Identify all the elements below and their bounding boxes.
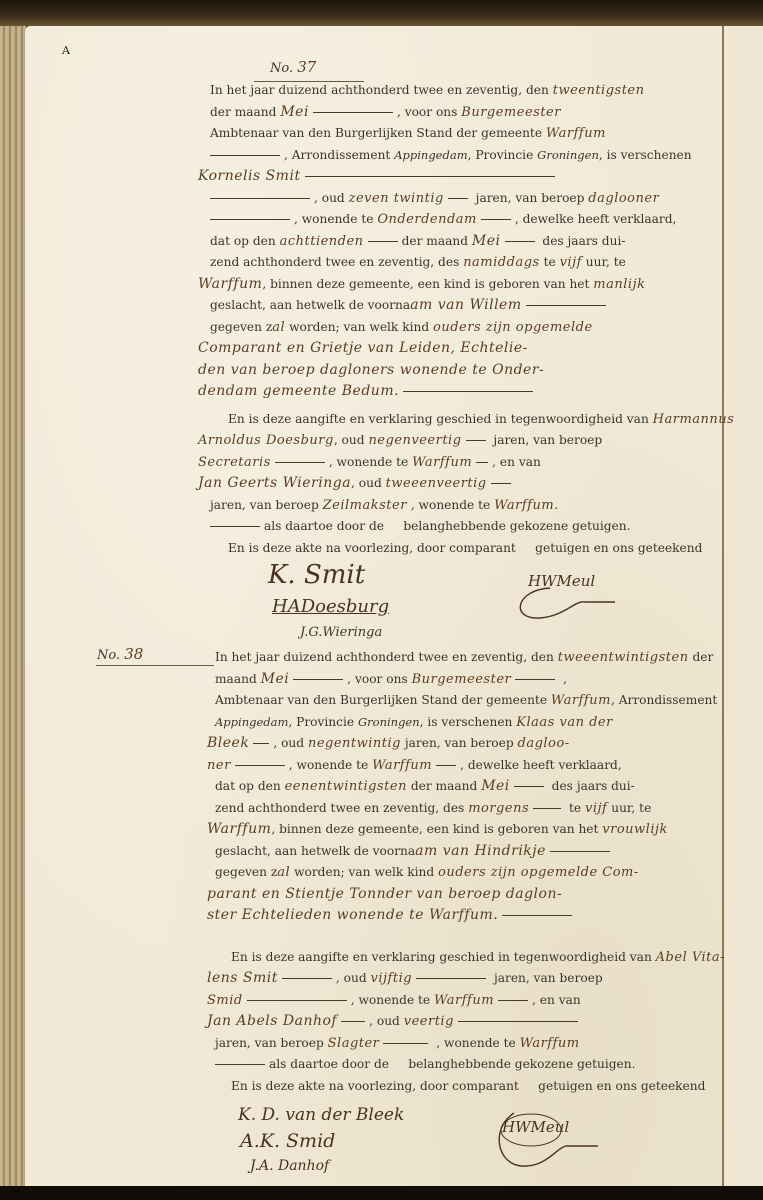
handwritten-field: Burgemeester xyxy=(412,672,512,687)
handwritten-field: Zeilmakster xyxy=(323,498,407,513)
entry-line: Kornelis Smit xyxy=(198,166,710,188)
printed-text: , binnen deze gemeente, een kind is gebo… xyxy=(271,822,598,836)
printed-text: , dewelke heeft verklaard, xyxy=(460,758,622,772)
fill-line xyxy=(476,462,488,463)
handwritten-field: ouders zijn opgemelde xyxy=(433,320,593,335)
printed-text: , en van xyxy=(492,455,541,469)
printed-text: uur, te xyxy=(611,801,651,815)
printed-text: der xyxy=(692,650,713,664)
book-bottom-edge xyxy=(0,1186,763,1200)
handwritten-field: Warffum xyxy=(520,1036,580,1051)
entry-line: ster Echtelieden wonende te Warffum. xyxy=(207,905,715,927)
page-stack-edge xyxy=(0,26,26,1186)
handwritten-field: daglooner xyxy=(588,191,659,206)
printed-text: uur, te xyxy=(586,255,626,269)
printed-text: te xyxy=(544,255,556,269)
signature-wieringa: J.G.Wieringa xyxy=(300,625,382,640)
witness-line: als daartoe door de belanghebbende gekoz… xyxy=(210,516,710,538)
entry-line: dat op den achttiendender maand Mei des … xyxy=(210,231,710,253)
printed-text: , en van xyxy=(532,993,581,1007)
printed-italic-text: Groningen xyxy=(537,148,599,162)
handwritten-field: Secretaris xyxy=(198,455,271,470)
printed-text: worden; van welk kind xyxy=(294,865,434,879)
printed-text: In het jaar duizend achthonderd twee en … xyxy=(215,650,554,664)
fill-line xyxy=(403,391,533,392)
printed-text: zend achthonderd twee en zeventig, des xyxy=(215,801,464,815)
entry-line: ner, wonende te Warffum, dewelke heeft v… xyxy=(207,755,715,777)
handwritten-field: ster Echtelieden wonende te Warffum. xyxy=(207,907,498,923)
fill-line xyxy=(481,219,511,220)
entry-number-rule xyxy=(96,665,214,666)
fill-line xyxy=(550,851,610,852)
printed-text: , oud xyxy=(314,191,345,205)
entry-line: geslacht, aan hetwelk de voornaam van Wi… xyxy=(210,295,710,317)
entry-line: dendam gemeente Bedum. xyxy=(198,381,710,403)
handwritten-field: negentwintig xyxy=(308,736,401,751)
printed-text: Ambtenaar van den Burgerlijken Stand der… xyxy=(215,693,547,707)
handwritten-field: dendam gemeente Bedum. xyxy=(198,383,399,399)
fill-line xyxy=(210,526,260,527)
handwritten-field: Arnoldus Doesburg xyxy=(198,433,334,448)
handwritten-field: Klaas van der xyxy=(516,715,613,730)
entry-line: dat op den eenentwintigsten der maand Me… xyxy=(215,776,715,798)
witness-line: Secretaris, wonende te Warffum, en van xyxy=(198,452,710,474)
printed-text: jaren, van beroep xyxy=(405,736,514,750)
printed-text: , wonende te xyxy=(436,1036,515,1050)
signature-flourish-icon xyxy=(486,1108,606,1178)
printed-text: , voor ons xyxy=(347,672,407,686)
handwritten-field: Smid xyxy=(207,993,243,1008)
entry-number-value: 37 xyxy=(297,58,316,76)
fill-line xyxy=(515,679,555,680)
entry-line: gegeven zal worden; van welk kind ouders… xyxy=(215,862,715,884)
entry-line: Bleek, oud negentwintig jaren, van beroe… xyxy=(207,733,715,755)
printed-text: , Provincie xyxy=(468,148,534,162)
handwritten-field: ouders zijn opgemelde Com- xyxy=(438,865,639,880)
printed-text: En is deze aangifte en verklaring geschi… xyxy=(231,950,652,964)
signature-van-der-bleek: K. D. van der Bleek xyxy=(238,1105,404,1125)
handwritten-field: Mei xyxy=(472,233,501,249)
entry-number-label: No. xyxy=(270,61,293,76)
entry-number-37: No. 37 xyxy=(270,58,316,76)
fill-line xyxy=(533,808,561,809)
printed-text: maand xyxy=(215,672,257,686)
entry-line: gegeven zal worden; van welk kind ouders… xyxy=(210,317,710,339)
printed-text: jaren, van beroep xyxy=(493,433,602,447)
handwritten-field: Kornelis Smit xyxy=(198,168,301,184)
entry-line: Ambtenaar van den Burgerlijken Stand der… xyxy=(215,690,715,712)
printed-text: , wonende te xyxy=(411,498,490,512)
book-top-edge xyxy=(0,0,763,26)
fill-line xyxy=(275,462,325,463)
printed-italic-text: Appingedam xyxy=(215,715,288,729)
printed-text: dat op den xyxy=(215,779,281,793)
printed-text: , Arrondissement xyxy=(611,693,717,707)
fill-line xyxy=(305,176,555,177)
printed-text: , oud xyxy=(336,971,367,985)
entry-line: zend achthonderd twee en zeventig, des n… xyxy=(210,252,710,274)
entry-line: geslacht, aan hetwelk de voornaam van Hi… xyxy=(215,841,715,863)
printed-text: , dewelke heeft verklaard, xyxy=(515,212,677,226)
fill-line xyxy=(383,1043,428,1044)
fill-line xyxy=(210,155,280,156)
fill-line xyxy=(253,743,269,744)
handwritten-field: manlijk xyxy=(593,277,645,292)
witness-line: als daartoe door de belanghebbende gekoz… xyxy=(215,1054,715,1076)
handwritten-field: negenveertig xyxy=(368,433,461,448)
entry-line: Warffum, binnen deze gemeente, een kind … xyxy=(207,819,715,841)
printed-text: , Provincie xyxy=(288,715,354,729)
printed-text: gegeven z xyxy=(215,865,277,879)
printed-text: der maand xyxy=(210,105,276,119)
witness-line: Jan Abels Danhof, oud veertig xyxy=(207,1011,715,1033)
fill-line xyxy=(458,1021,578,1022)
fill-line xyxy=(215,1064,265,1065)
handwritten-field: Comparant en Grietje van Leiden, Echteli… xyxy=(198,340,528,356)
printed-text: , wonende te xyxy=(289,758,368,772)
fill-line xyxy=(210,198,310,199)
fill-line xyxy=(502,915,572,916)
printed-text: des jaars dui- xyxy=(552,779,635,793)
fill-line xyxy=(247,1000,347,1001)
handwritten-field: al xyxy=(277,865,290,880)
handwritten-field: vijf xyxy=(585,801,607,816)
witness-line: Smid, wonende te Warffum, en van xyxy=(207,990,715,1012)
handwritten-field: eenentwintigsten xyxy=(285,779,407,794)
printed-text: En is deze akte na voorlezing, door comp… xyxy=(228,541,702,555)
printed-text: , oud xyxy=(369,1014,400,1028)
witness-line: En is deze akte na voorlezing, door comp… xyxy=(228,538,710,560)
printed-text: als daartoe door de belanghebbende gekoz… xyxy=(264,519,630,533)
entry-line: Warffum, binnen deze gemeente, een kind … xyxy=(198,274,710,296)
printed-text: geslacht, aan hetwelk de voorna xyxy=(210,298,410,312)
handwritten-field: am van Hindrikje xyxy=(415,843,546,859)
printed-text: zend achthonderd twee en zeventig, des xyxy=(210,255,459,269)
fill-line xyxy=(526,305,606,306)
printed-italic-text: Groningen xyxy=(358,715,420,729)
printed-text: , wonende te xyxy=(351,993,430,1007)
entry-line: parant en Stientje Tonnder van beroep da… xyxy=(207,884,715,906)
entry-line: Appingedam, Provincie Groningen, is vers… xyxy=(215,712,715,734)
handwritten-field: dagloo- xyxy=(518,736,570,751)
witness-line: En is deze aangifte en verklaring geschi… xyxy=(231,947,715,969)
printed-text: jaren, van beroep xyxy=(476,191,585,205)
witness-line: jaren, van beroep Slagter , wonende te W… xyxy=(215,1033,715,1055)
printed-text: , oud xyxy=(334,433,365,447)
handwritten-field: al xyxy=(272,320,285,335)
handwritten-field: den van beroep dagloners wonende te Onde… xyxy=(198,362,544,378)
signature-k-smit: K. Smit xyxy=(268,560,365,590)
printed-text: der maand xyxy=(411,779,477,793)
witness-line: Jan Geerts Wieringa, oud tweeenveertig xyxy=(198,473,710,495)
fill-line xyxy=(293,679,343,680)
printed-text: En is deze akte na voorlezing, door comp… xyxy=(231,1079,705,1093)
handwritten-field: Warffum xyxy=(207,821,271,837)
handwritten-field: Harmannus xyxy=(653,412,735,427)
fill-line xyxy=(313,112,393,113)
entry-line: zend achthonderd twee en zeventig, des m… xyxy=(215,798,715,820)
fill-line xyxy=(448,198,468,199)
witness-line: lens Smit, oud vijftig jaren, van beroep xyxy=(207,968,715,990)
handwritten-field: Mei xyxy=(261,671,290,687)
handwritten-field: morgens xyxy=(468,801,529,816)
printed-text: jaren, van beroep xyxy=(215,1036,324,1050)
handwritten-field: Jan Abels Danhof xyxy=(207,1013,337,1029)
handwritten-field: Mei xyxy=(481,778,510,794)
entry-line: In het jaar duizend achthonderd twee en … xyxy=(215,647,715,669)
handwritten-field: Warffum xyxy=(372,758,432,773)
entry-number-38: No. 38 xyxy=(97,645,143,663)
printed-text: des jaars dui- xyxy=(542,234,625,248)
adjacent-page-edge xyxy=(724,26,763,1186)
handwritten-field: tweentigsten xyxy=(553,83,645,98)
handwritten-field: namiddags xyxy=(463,255,540,270)
printed-text: Ambtenaar van den Burgerlijken Stand der… xyxy=(210,126,542,140)
fill-line xyxy=(491,483,511,484)
signature-doesburg: HADoesburg xyxy=(272,596,389,617)
handwritten-field: vrouwlijk xyxy=(602,822,668,837)
fill-line xyxy=(466,440,486,441)
entry-number-label: No. xyxy=(97,648,120,663)
handwritten-field: am van Willem xyxy=(410,297,521,313)
handwritten-field: Jan Geerts Wieringa xyxy=(198,475,351,491)
handwritten-field: achttienden xyxy=(280,234,364,249)
handwritten-field: Warffum xyxy=(434,993,494,1008)
printed-text: , wonende te xyxy=(329,455,408,469)
entry-37-body: In het jaar duizend achthonderd twee en … xyxy=(210,80,710,559)
signature-danhof: J.A. Danhof xyxy=(250,1158,329,1174)
printed-text: In het jaar duizend achthonderd twee en … xyxy=(210,83,549,97)
handwritten-field: Mei xyxy=(280,104,309,120)
handwritten-field: vijftig xyxy=(371,971,413,986)
signature-flourish-icon xyxy=(505,580,625,625)
handwritten-field: vijf xyxy=(560,255,582,270)
fill-line xyxy=(436,765,456,766)
handwritten-field: Warffum xyxy=(412,455,472,470)
fill-line xyxy=(505,241,535,242)
fill-line xyxy=(514,786,544,787)
printed-text: , binnen deze gemeente, een kind is gebo… xyxy=(262,277,589,291)
entry-line: , wonende te Onderdendam, dewelke heeft … xyxy=(210,209,710,231)
handwritten-field: ner xyxy=(207,758,231,773)
witness-line: Arnoldus Doesburg, oud negenveertig jare… xyxy=(198,430,710,452)
printed-text: , Arrondissement xyxy=(284,148,390,162)
fill-line xyxy=(210,219,290,220)
printed-text: der maand xyxy=(402,234,468,248)
printed-text: , oud xyxy=(273,736,304,750)
printed-text: , voor ons xyxy=(397,105,457,119)
handwritten-field: Warffum. xyxy=(494,498,559,513)
handwritten-field: Burgemeester xyxy=(461,105,561,120)
entry-line: Comparant en Grietje van Leiden, Echteli… xyxy=(198,338,710,360)
handwritten-field: tweeenveertig xyxy=(386,476,487,491)
entry-number-value: 38 xyxy=(124,645,143,663)
printed-text: , wonende te xyxy=(294,212,373,226)
entry-line: den van beroep dagloners wonende te Onde… xyxy=(198,360,710,382)
printed-text: gegeven z xyxy=(210,320,272,334)
handwritten-field: Warffum xyxy=(198,276,262,292)
corner-mark: A xyxy=(62,44,70,57)
handwritten-field: parant en Stientje Tonnder van beroep da… xyxy=(207,886,562,902)
handwritten-field: tweeentwintigsten xyxy=(558,650,689,665)
handwritten-field: Bleek xyxy=(207,735,249,751)
witness-line: jaren, van beroep Zeilmakster , wonende … xyxy=(210,495,710,517)
printed-text: , is verschenen xyxy=(599,148,692,162)
entry-line: , oud zeven twintig jaren, van beroep da… xyxy=(210,188,710,210)
fill-line xyxy=(341,1021,365,1022)
handwritten-field: Warffum xyxy=(551,693,611,708)
handwritten-field: Slagter xyxy=(328,1036,380,1051)
witness-line: En is deze akte na voorlezing, door comp… xyxy=(231,1076,715,1098)
printed-text: jaren, van beroep xyxy=(494,971,603,985)
handwritten-field: Abel Vita- xyxy=(656,950,725,965)
entry-line: , Arrondissement Appingedam, Provincie G… xyxy=(210,145,710,167)
printed-text: te xyxy=(569,801,581,815)
handwritten-field: veertig xyxy=(404,1014,454,1029)
printed-text: En is deze aangifte en verklaring geschi… xyxy=(228,412,649,426)
entry-line: Ambtenaar van den Burgerlijken Stand der… xyxy=(210,123,710,145)
handwritten-field: Warffum xyxy=(546,126,606,141)
printed-text: dat op den xyxy=(210,234,276,248)
witness-line: En is deze aangifte en verklaring geschi… xyxy=(228,409,710,431)
entry-38-body: In het jaar duizend achthonderd twee en … xyxy=(215,647,715,1097)
handwritten-field: zeven twintig xyxy=(349,191,444,206)
signature-smid: A.K. Smid xyxy=(240,1130,335,1152)
printed-text: jaren, van beroep xyxy=(210,498,319,512)
printed-italic-text: Appingedam xyxy=(394,148,467,162)
fill-line xyxy=(368,241,398,242)
handwritten-field: lens Smit xyxy=(207,970,278,986)
printed-text: als daartoe door de belanghebbende gekoz… xyxy=(269,1057,635,1071)
fill-line xyxy=(498,1000,528,1001)
entry-line: In het jaar duizend achthonderd twee en … xyxy=(210,80,710,102)
entry-line: der maand Mei, voor ons Burgemeester xyxy=(210,102,710,124)
printed-text: geslacht, aan hetwelk de voorna xyxy=(215,844,415,858)
fill-line xyxy=(235,765,285,766)
handwritten-field: Onderdendam xyxy=(377,212,477,227)
fill-line xyxy=(282,978,332,979)
entry-line: maand Mei, voor ons Burgemeester , xyxy=(215,669,715,691)
printed-text: , oud xyxy=(351,476,382,490)
printed-text: worden; van welk kind xyxy=(289,320,429,334)
printed-text: , is verschenen xyxy=(420,715,513,729)
fill-line xyxy=(416,978,486,979)
